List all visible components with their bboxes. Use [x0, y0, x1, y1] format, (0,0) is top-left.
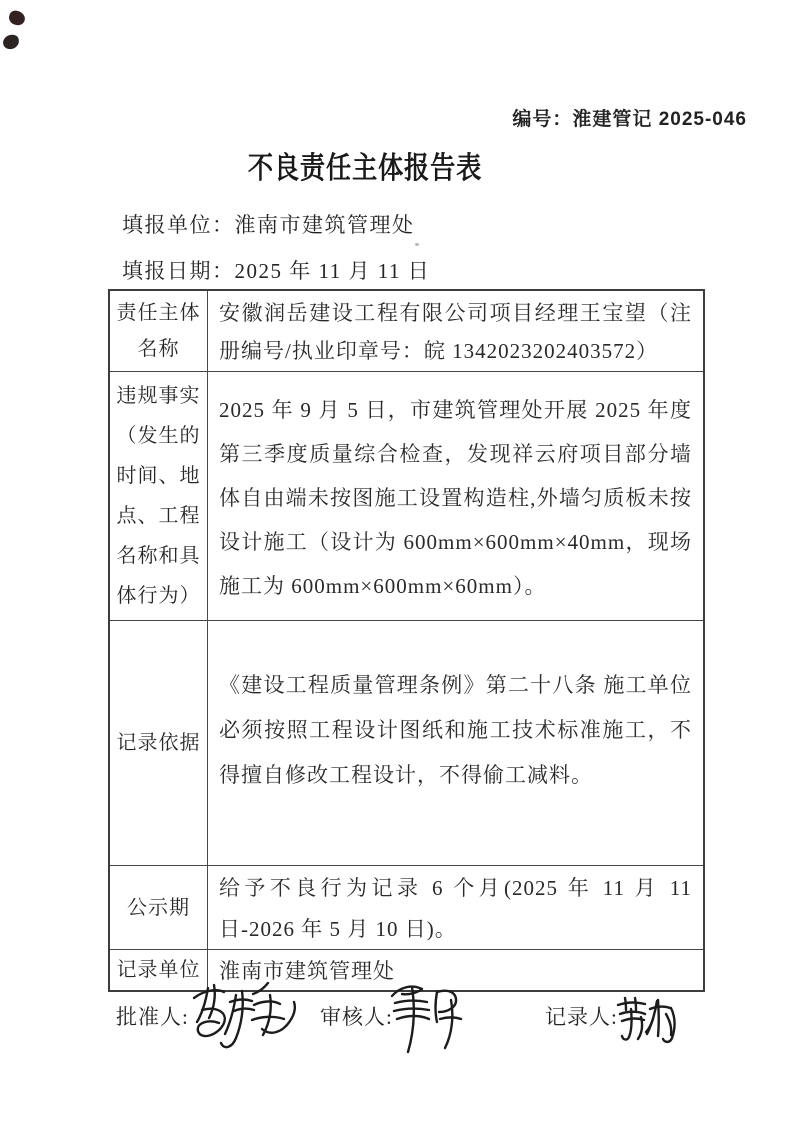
doc-number: 编号：淮建管记 2025-046 [512, 104, 747, 131]
row-label: 记录依据 [110, 621, 208, 865]
scan-artifact-blob [2, 34, 20, 51]
row-label: 公示期 [110, 866, 208, 949]
fill-date-value: 2025 年 11 月 11 日 [235, 259, 431, 283]
document-page: 编号：淮建管记 2025-046 不良责任主体报告表 填报单位：淮南市建筑管理处… [0, 0, 793, 1122]
table-row-violation-facts: 违规事实（发生的时间、地点、工程名称和具体行为） 2025 年 9 月 5 日，… [110, 372, 703, 621]
scan-speck [415, 243, 419, 246]
fill-unit-value: 淮南市建筑管理处 [235, 213, 415, 237]
fill-unit-line: 填报单位：淮南市建筑管理处 [122, 209, 415, 239]
reviewer-label: 审核人: [320, 1001, 393, 1031]
row-value: 安徽润岳建设工程有限公司项目经理王宝望（注册编号/执业印章号：皖 1342023… [208, 291, 703, 371]
table-row-responsible-party: 责任主体名称 安徽润岳建设工程有限公司项目经理王宝望（注册编号/执业印章号：皖 … [110, 291, 703, 372]
row-value: 给予不良行为记录 6 个月(2025 年 11 月 11 日-2026 年 5 … [208, 866, 703, 949]
fill-unit-label: 填报单位： [122, 213, 235, 237]
recorder-signature [614, 994, 680, 1046]
report-table: 责任主体名称 安徽润岳建设工程有限公司项目经理王宝望（注册编号/执业印章号：皖 … [108, 289, 705, 992]
row-value: 2025 年 9 月 5 日，市建筑管理处开展 2025 年度第三季度质量综合检… [208, 372, 703, 620]
fill-date-label: 填报日期： [122, 259, 235, 283]
approver-signature [188, 978, 306, 1058]
row-value: 《建设工程质量管理条例》第二十八条 施工单位必须按照工程设计图纸和施工技术标准施… [208, 621, 703, 865]
table-row-publicity-period: 公示期 给予不良行为记录 6 个月(2025 年 11 月 11 日-2026 … [110, 866, 703, 950]
fill-date-line: 填报日期：2025 年 11 月 11 日 [122, 255, 430, 285]
recorder-label: 记录人: [545, 1001, 618, 1031]
approver-label: 批准人: [116, 1001, 189, 1031]
scan-artifact-blob [8, 9, 27, 26]
row-label: 违规事实（发生的时间、地点、工程名称和具体行为） [110, 372, 208, 620]
page-title: 不良责任主体报告表 [142, 143, 587, 187]
table-row-record-basis: 记录依据 《建设工程质量管理条例》第二十八条 施工单位必须按照工程设计图纸和施工… [110, 621, 703, 866]
row-label: 责任主体名称 [110, 291, 208, 371]
reviewer-signature [384, 980, 468, 1062]
